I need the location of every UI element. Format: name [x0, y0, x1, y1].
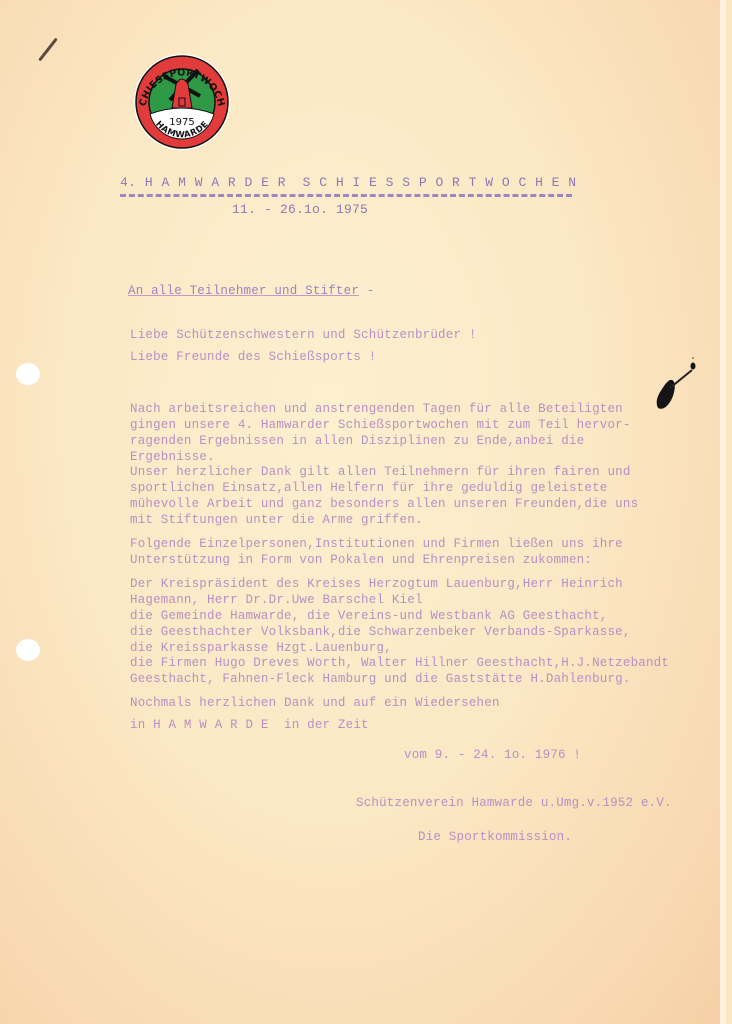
addressee-suffix: -: [359, 284, 374, 298]
title-underline: [120, 194, 572, 197]
signature-club: Schützenverein Hamwarde u.Umg.v.1952 e.V…: [356, 796, 672, 812]
paragraph-line: Unser herzlicher Dank gilt allen Teilneh…: [130, 465, 631, 481]
staple-mark: [38, 38, 58, 62]
sponsor-line: Der Kreispräsident des Kreises Herzogtum…: [130, 577, 623, 593]
document-page: SCHIESSPORTWOCHE 1975 HAMWARDE 4. H A M …: [0, 0, 726, 1024]
sponsor-line: die Firmen Hugo Dreves Worth, Walter Hil…: [130, 656, 669, 672]
logo-year: 1975: [169, 117, 194, 128]
punch-hole-top: [16, 363, 40, 385]
paragraph-line: sportlichen Einsatz,allen Helfern für ih…: [130, 481, 607, 497]
greeting-2: Liebe Freunde des Schießsports !: [130, 350, 376, 366]
sponsor-line: Hagemann, Herr Dr.Dr.Uwe Barschel Kiel: [130, 593, 423, 609]
document-title: 4. H A M W A R D E R S C H I E S S P O R…: [120, 175, 577, 191]
greeting-1: Liebe Schützenschwestern und Schützenbrü…: [130, 328, 477, 344]
closing-line-1: Nochmals herzlichen Dank und auf ein Wie…: [130, 696, 500, 712]
paragraph-line: Nach arbeitsreichen und anstrengenden Ta…: [130, 402, 623, 418]
page-edge: [720, 0, 726, 1024]
next-event-dates: vom 9. - 24. 1o. 1976 !: [404, 748, 581, 764]
signature-committee: Die Sportkommission.: [418, 830, 572, 846]
sponsor-line: die Gemeinde Hamwarde, die Vereins-und W…: [130, 609, 607, 625]
paragraph-line: ragenden Ergebnissen in allen Diszipline…: [130, 434, 584, 450]
club-logo: SCHIESSPORTWOCHE 1975 HAMWARDE: [126, 52, 238, 152]
paragraph-line: Ergebnisse.: [130, 450, 215, 466]
closing-line-2: in H A M W A R D E in der Zeit: [130, 718, 369, 734]
paragraph-line: Folgende Einzelpersonen,Institutionen un…: [130, 537, 623, 553]
sponsor-line: Geesthacht, Fahnen-Fleck Hamburg und die…: [130, 672, 631, 688]
paragraph-line: mit Stiftungen unter die Arme griffen.: [130, 513, 423, 529]
punch-hole-bottom: [16, 639, 40, 661]
paragraph-line: Unterstützung in Form von Pokalen und Eh…: [130, 553, 592, 569]
sponsor-line: die Geesthachter Volksbank,die Schwarzen…: [130, 625, 631, 641]
paragraph-line: gingen unsere 4. Hamwarder Schießsportwo…: [130, 418, 631, 434]
paragraph-line: mühevolle Arbeit und ganz besonders alle…: [130, 497, 638, 513]
addressee: An alle Teilnehmer und Stifter: [128, 284, 359, 298]
sponsor-line: die Kreissparkasse Hzgt.Lauenburg,: [130, 641, 392, 657]
ink-blot-icon: [652, 356, 700, 412]
event-dates: 11. - 26.1o. 1975: [232, 202, 368, 218]
addressee-line: An alle Teilnehmer und Stifter -: [128, 284, 374, 300]
